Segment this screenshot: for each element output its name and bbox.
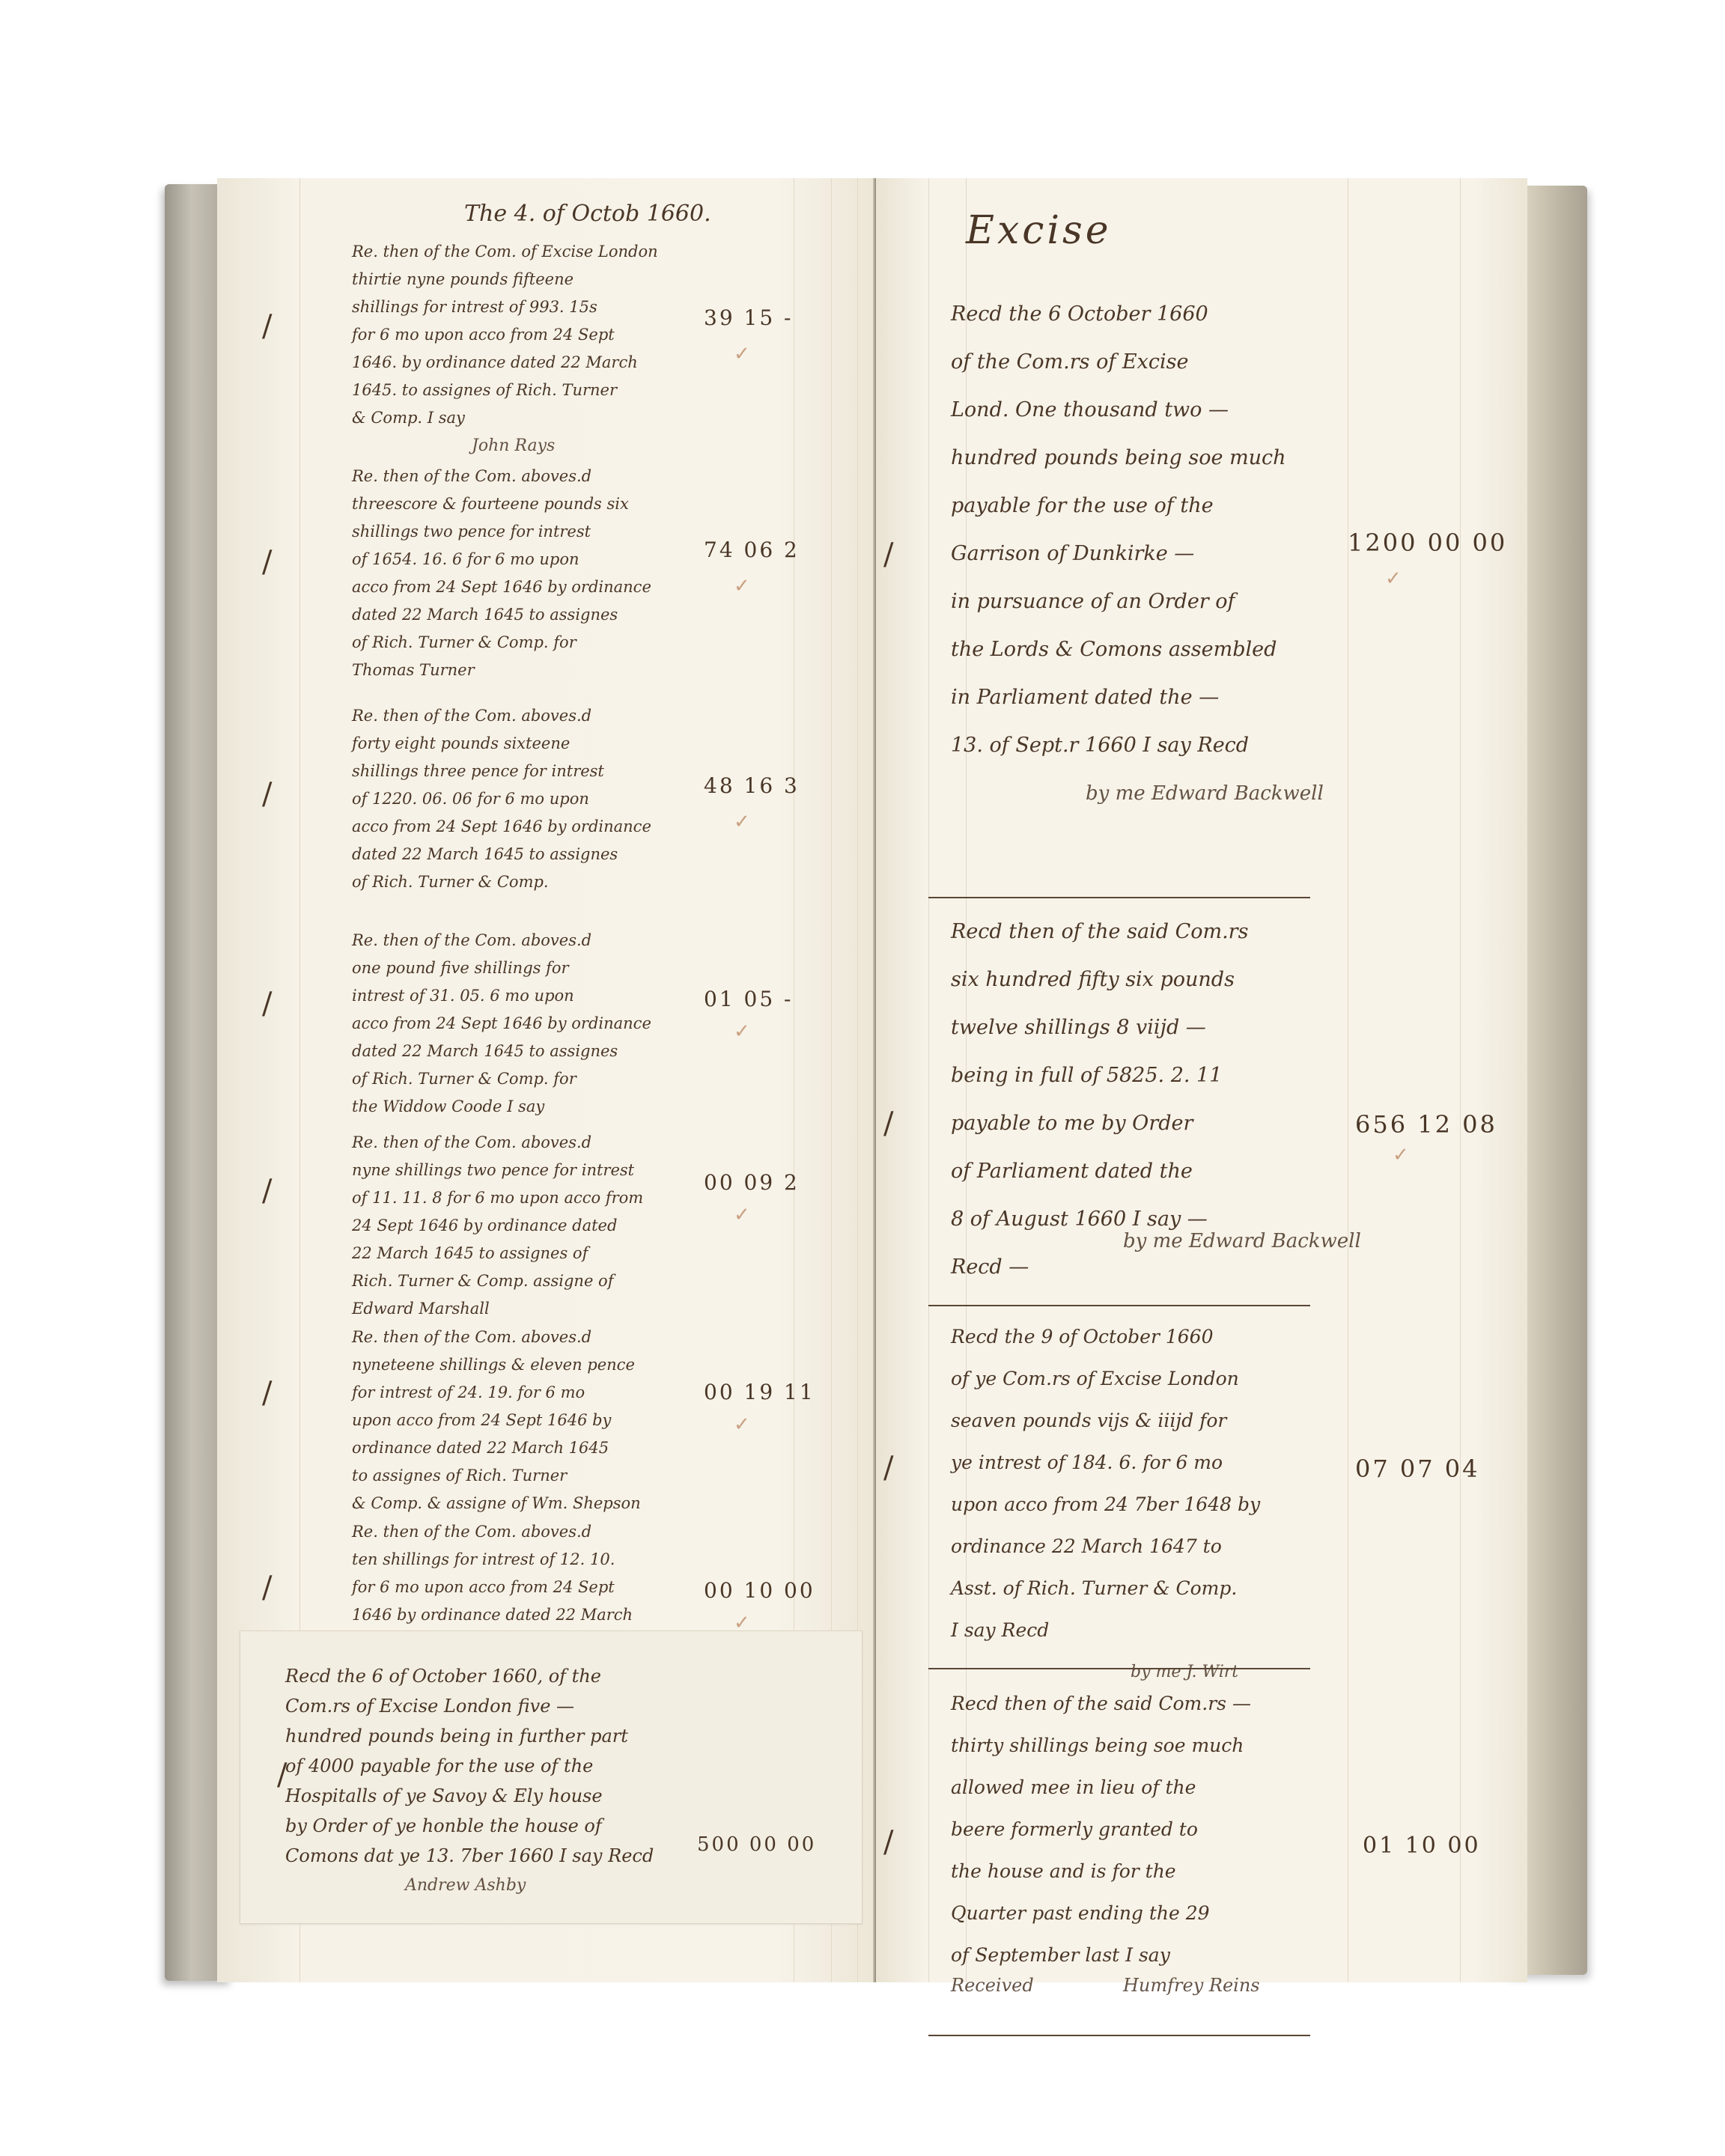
dagger-mark-icon: / bbox=[262, 987, 272, 1021]
pasted-receipt-slip: Recd the 6 of October 1660, of the Com.r… bbox=[240, 1630, 862, 1924]
check-mark-icon: ✓ bbox=[734, 1204, 750, 1226]
left-page-heading: The 4. of Octob 1660. bbox=[464, 201, 711, 227]
ledger-entry: Recd the 9 of October 1660 of ye Com.rs … bbox=[951, 1316, 1260, 1693]
check-mark-icon: ✓ bbox=[1393, 1144, 1409, 1166]
entry-divider bbox=[928, 2035, 1310, 2036]
dagger-mark-icon: / bbox=[883, 1106, 893, 1141]
entry-line: Received bbox=[951, 1975, 1034, 1996]
dagger-mark-icon: / bbox=[262, 777, 272, 811]
right-page-heading: Excise bbox=[966, 208, 1112, 253]
entry-amount: 00 10 00 bbox=[704, 1578, 815, 1603]
dagger-mark-icon: / bbox=[262, 1376, 272, 1410]
entry-amount: 656 12 08 bbox=[1355, 1110, 1497, 1139]
dagger-mark-icon: / bbox=[277, 1758, 287, 1792]
check-mark-icon: ✓ bbox=[734, 575, 750, 597]
ledger-entry: Re. then of the Com. aboves.d nyneteene … bbox=[352, 1324, 641, 1517]
dagger-mark-icon: / bbox=[883, 1825, 893, 1860]
signature: John Rays bbox=[352, 432, 658, 460]
signature: by me Edward Backwell bbox=[1123, 1230, 1361, 1252]
entry-amount: 74 06 2 bbox=[704, 538, 800, 562]
ledger-entry: Re. then of the Com. aboves.d threescore… bbox=[352, 463, 651, 684]
entry-divider bbox=[928, 1305, 1310, 1306]
entry-divider bbox=[928, 1668, 1310, 1669]
signature: by me Edward Backwell bbox=[951, 770, 1324, 817]
ledger-entry: Re. then of the Com. of Excise London th… bbox=[352, 238, 658, 460]
right-page: Excise Recd the 6 October 1660 of the Co… bbox=[876, 178, 1527, 1982]
entry-amount: 01 05 - bbox=[704, 987, 794, 1011]
check-mark-icon: ✓ bbox=[734, 811, 750, 833]
dagger-mark-icon: / bbox=[262, 1571, 272, 1605]
entry-amount: 500 00 00 bbox=[697, 1833, 816, 1856]
entry-amount: 01 10 00 bbox=[1363, 1833, 1481, 1859]
ledger-entry: Recd then of the said Com.rs — thirty sh… bbox=[951, 1683, 1251, 1976]
entry-amount: 39 15 - bbox=[704, 305, 794, 330]
ledger-entry: Re. then of the Com. aboves.d nyne shill… bbox=[352, 1129, 643, 1323]
dagger-mark-icon: / bbox=[883, 1451, 893, 1485]
dagger-mark-icon: / bbox=[262, 545, 272, 579]
check-mark-icon: ✓ bbox=[734, 1413, 750, 1436]
entry-amount: 07 07 04 bbox=[1355, 1455, 1480, 1483]
entry-divider bbox=[928, 897, 1310, 898]
check-mark-icon: ✓ bbox=[734, 343, 750, 365]
entry-amount: 48 16 3 bbox=[704, 773, 800, 798]
entry-amount: 00 09 2 bbox=[704, 1170, 800, 1195]
dagger-mark-icon: / bbox=[883, 538, 893, 572]
entry-amount: 1200 00 00 bbox=[1348, 529, 1507, 557]
dagger-mark-icon: / bbox=[262, 1174, 272, 1208]
entry-amount: 00 19 11 bbox=[704, 1380, 815, 1404]
check-mark-icon: ✓ bbox=[734, 1020, 750, 1043]
signature: Humfrey Reins bbox=[1123, 1975, 1260, 1996]
dagger-mark-icon: / bbox=[262, 309, 272, 344]
ledger-book: The 4. of Octob 1660. Re. then of the Co… bbox=[165, 171, 1587, 1997]
ledger-entry: Re. then of the Com. aboves.d one pound … bbox=[352, 927, 651, 1121]
ledger-entry: Re. then of the Com. aboves.d forty eigh… bbox=[352, 702, 651, 896]
ledger-entry: Recd the 6 of October 1660, of the Com.r… bbox=[285, 1661, 654, 1901]
check-mark-icon: ✓ bbox=[1385, 567, 1402, 590]
signature: Andrew Ashby bbox=[285, 1871, 654, 1901]
ledger-entry: Recd the 6 October 1660 of the Com.rs of… bbox=[951, 290, 1324, 817]
